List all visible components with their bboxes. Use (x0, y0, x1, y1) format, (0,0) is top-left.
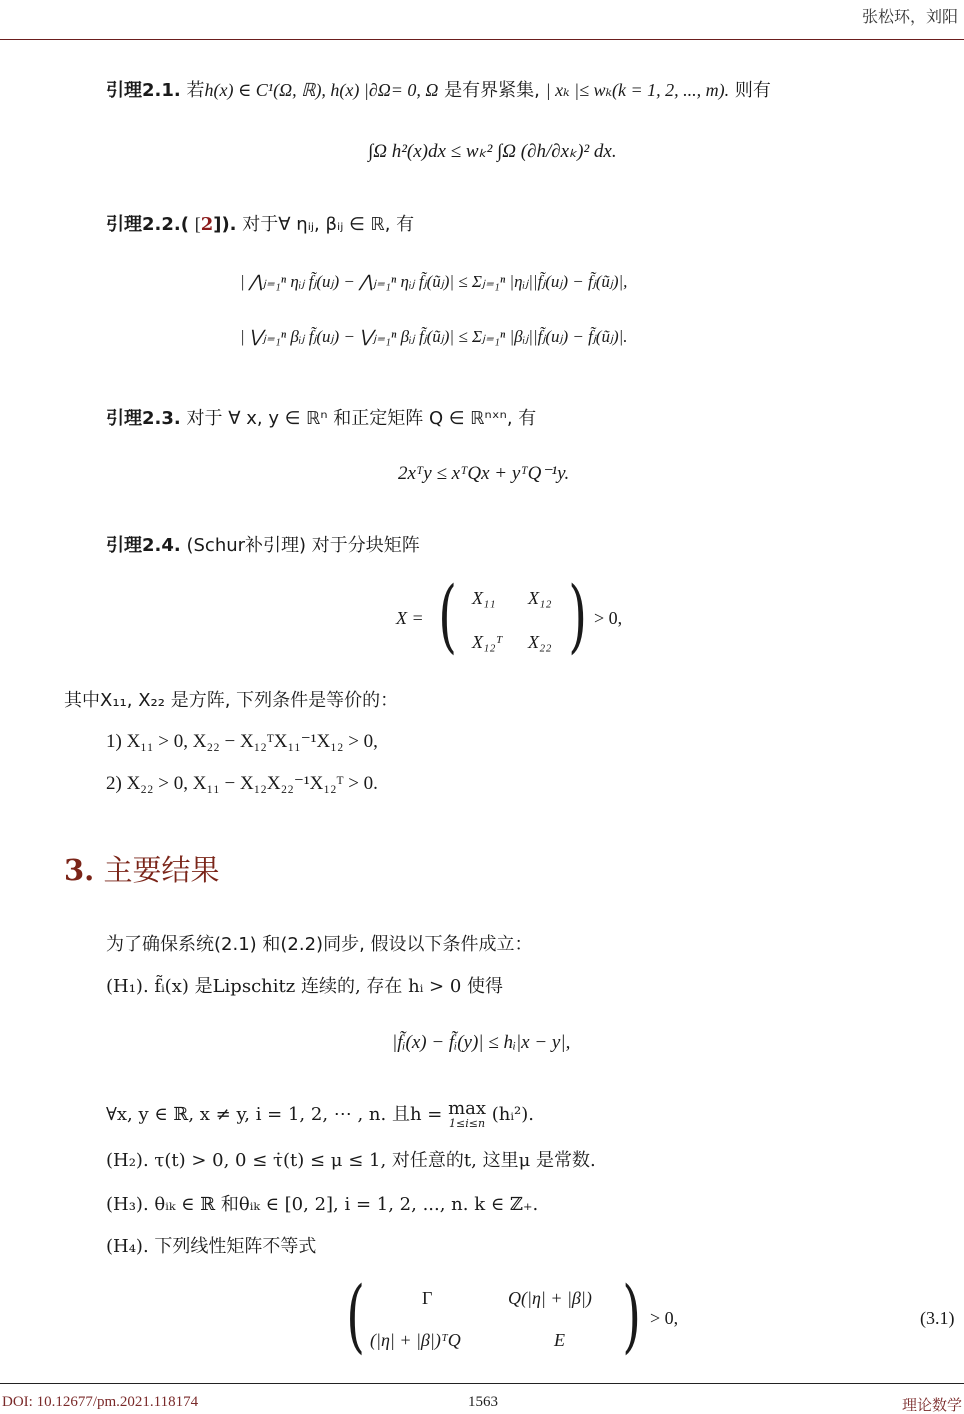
matrix-lhs: X = (396, 608, 424, 629)
lemma-text: 对于 ∀ x, y ∈ ℝⁿ 和正定矩阵 Q ∈ ℝⁿˣⁿ, 有 (186, 408, 536, 429)
journal-name[interactable]: 理论数学 (902, 1394, 962, 1414)
lemma-2-2-statement: 引理2.2.( [2]). 对于∀ ηᵢⱼ, βᵢⱼ ∈ ℝ, 有 (106, 210, 414, 236)
left-paren: ( (438, 576, 457, 656)
lemma-label: 引理2.1. (106, 80, 181, 101)
right-paren: ) (568, 576, 587, 656)
matrix-cell: (|η| + |β|)ᵀQ (370, 1330, 461, 1351)
lemma-2-3-statement: 引理2.3. 对于 ∀ x, y ∈ ℝⁿ 和正定矩阵 Q ∈ ℝⁿˣⁿ, 有 (106, 404, 536, 430)
section-number: 3. (64, 853, 94, 887)
lmi-matrix: ( Γ Q(|η| + |β|) (|η| + |β|)ᵀQ E ) > 0, … (340, 1278, 960, 1364)
matrix-cell: Q(|η| + |β|) (508, 1288, 592, 1309)
matrix-cell: X₁₂ᵀ (472, 632, 502, 653)
lemma-math: | xₖ |≤ wₖ(k = 1, 2, ..., m). (546, 80, 730, 100)
doi-link[interactable]: DOI: 10.12677/pm.2021.118174 (2, 1394, 198, 1411)
citation-link[interactable]: 2 (201, 214, 214, 235)
lemma-text: 则有 (735, 80, 771, 101)
section-intro: 为了确保系统(2.1) 和(2.2)同步, 假设以下条件成立： (106, 930, 533, 956)
lemma-label: 引理2.3. (106, 408, 181, 429)
hypothesis-h1: (H₁). f̃ᵢ(x) 是Lipschitz 连续的, 存在 hᵢ > 0 使… (106, 972, 503, 998)
hypothesis-h4: (H₄). 下列线性矩阵不等式 (106, 1232, 316, 1258)
running-header-authors: 张松环，刘阳 (862, 4, 958, 27)
header-divider (0, 39, 964, 40)
left-paren: ( (346, 1276, 365, 1356)
lemma-text: 是有界紧集, (444, 80, 540, 101)
matrix-cell: E (554, 1330, 565, 1351)
lemma-text: 若 (186, 80, 204, 101)
lipschitz-equation: |f̃ᵢ(x) − f̃ᵢ(y)| ≤ hᵢ|x − y|, (392, 1032, 570, 1054)
max-label: max (448, 1100, 486, 1118)
condition-1: 1) X₁₁ > 0, X₂₂ − X₁₂ᵀX₁₁⁻¹X₁₂ > 0, (106, 730, 378, 753)
lemma-2-1-statement: 引理2.1. 若h(x) ∈ C¹(Ω, ℝ), h(x) |∂Ω= 0, Ω … (106, 76, 771, 102)
matrix-cell: X₂₂ (528, 632, 552, 653)
hypothesis-h2: (H₂). τ(t) > 0, 0 ≤ τ̇(t) ≤ μ ≤ 1, 对任意的t… (106, 1146, 596, 1172)
matrix-cell: X₁₂ (528, 588, 552, 609)
right-paren: ) (622, 1276, 641, 1356)
h1-cont-text: ∀x, y ∈ ℝ, x ≠ y, i = 1, 2, ⋯ , n. 且h = (106, 1104, 448, 1125)
matrix-cell: X₁₁ (472, 588, 496, 609)
hypothesis-h1-continuation: ∀x, y ∈ ℝ, x ≠ y, i = 1, 2, ⋯ , n. 且h = … (106, 1100, 534, 1129)
page-number: 1563 (468, 1394, 498, 1411)
hypothesis-h3: (H₃). θᵢₖ ∈ ℝ 和θᵢₖ ∈ [0, 2], i = 1, 2, .… (106, 1190, 538, 1216)
lemma-2-3-equation: 2xᵀy ≤ xᵀQx + yᵀQ⁻¹y. (398, 462, 569, 485)
matrix-cell: Γ (422, 1288, 432, 1309)
footer-divider (0, 1383, 964, 1384)
matrix-rhs: > 0, (650, 1308, 678, 1329)
block-matrix: X = ( X₁₁ X₁₂ X₁₂ᵀ X₂₂ ) > 0, (396, 580, 656, 662)
lemma-label: 引理2.2.( (106, 214, 189, 235)
max-operator: max 1≤i≤n (448, 1100, 486, 1129)
lemma-2-1-equation: ∫Ω h²(x)dx ≤ wₖ² ∫Ω (∂h/∂xₖ)² dx. (368, 140, 617, 163)
lemma-2-4-statement: 引理2.4. (Schur补引理) 对于分块矩阵 (106, 531, 420, 557)
lemma-label-end: ]). (213, 214, 236, 235)
condition-2: 2) X₂₂ > 0, X₁₁ − X₁₂X₂₂⁻¹X₁₂ᵀ > 0. (106, 772, 378, 795)
matrix-rhs: > 0, (594, 608, 622, 629)
equation-number: (3.1) (920, 1308, 955, 1329)
lemma-text: 对于∀ ηᵢⱼ, βᵢⱼ ∈ ℝ, 有 (242, 214, 414, 235)
lemma-2-2-equation-line-1: | ⋀ⱼ₌₁ⁿ ηᵢⱼ f̃ⱼ(uⱼ) − ⋀ⱼ₌₁ⁿ ηᵢⱼ f̃ⱼ(ũⱼ)|… (240, 272, 627, 292)
section-heading: 3. 主要结果 (64, 848, 220, 889)
lemma-2-4-where: 其中X₁₁, X₂₂ 是方阵, 下列条件是等价的： (64, 686, 398, 712)
h1-cont-tail: (hᵢ²). (492, 1104, 534, 1125)
lemma-label: 引理2.4. (106, 535, 181, 556)
max-subscript: 1≤i≤n (449, 1118, 485, 1129)
lemma-2-2-equation-line-2: | ⋁ⱼ₌₁ⁿ βᵢⱼ f̃ⱼ(uⱼ) − ⋁ⱼ₌₁ⁿ βᵢⱼ f̃ⱼ(ũⱼ)|… (240, 327, 628, 347)
lemma-text: (Schur补引理) 对于分块矩阵 (186, 535, 419, 556)
section-title: 主要结果 (104, 853, 220, 887)
lemma-math: h(x) ∈ C¹(Ω, ℝ), h(x) |∂Ω= 0, Ω (204, 80, 438, 100)
